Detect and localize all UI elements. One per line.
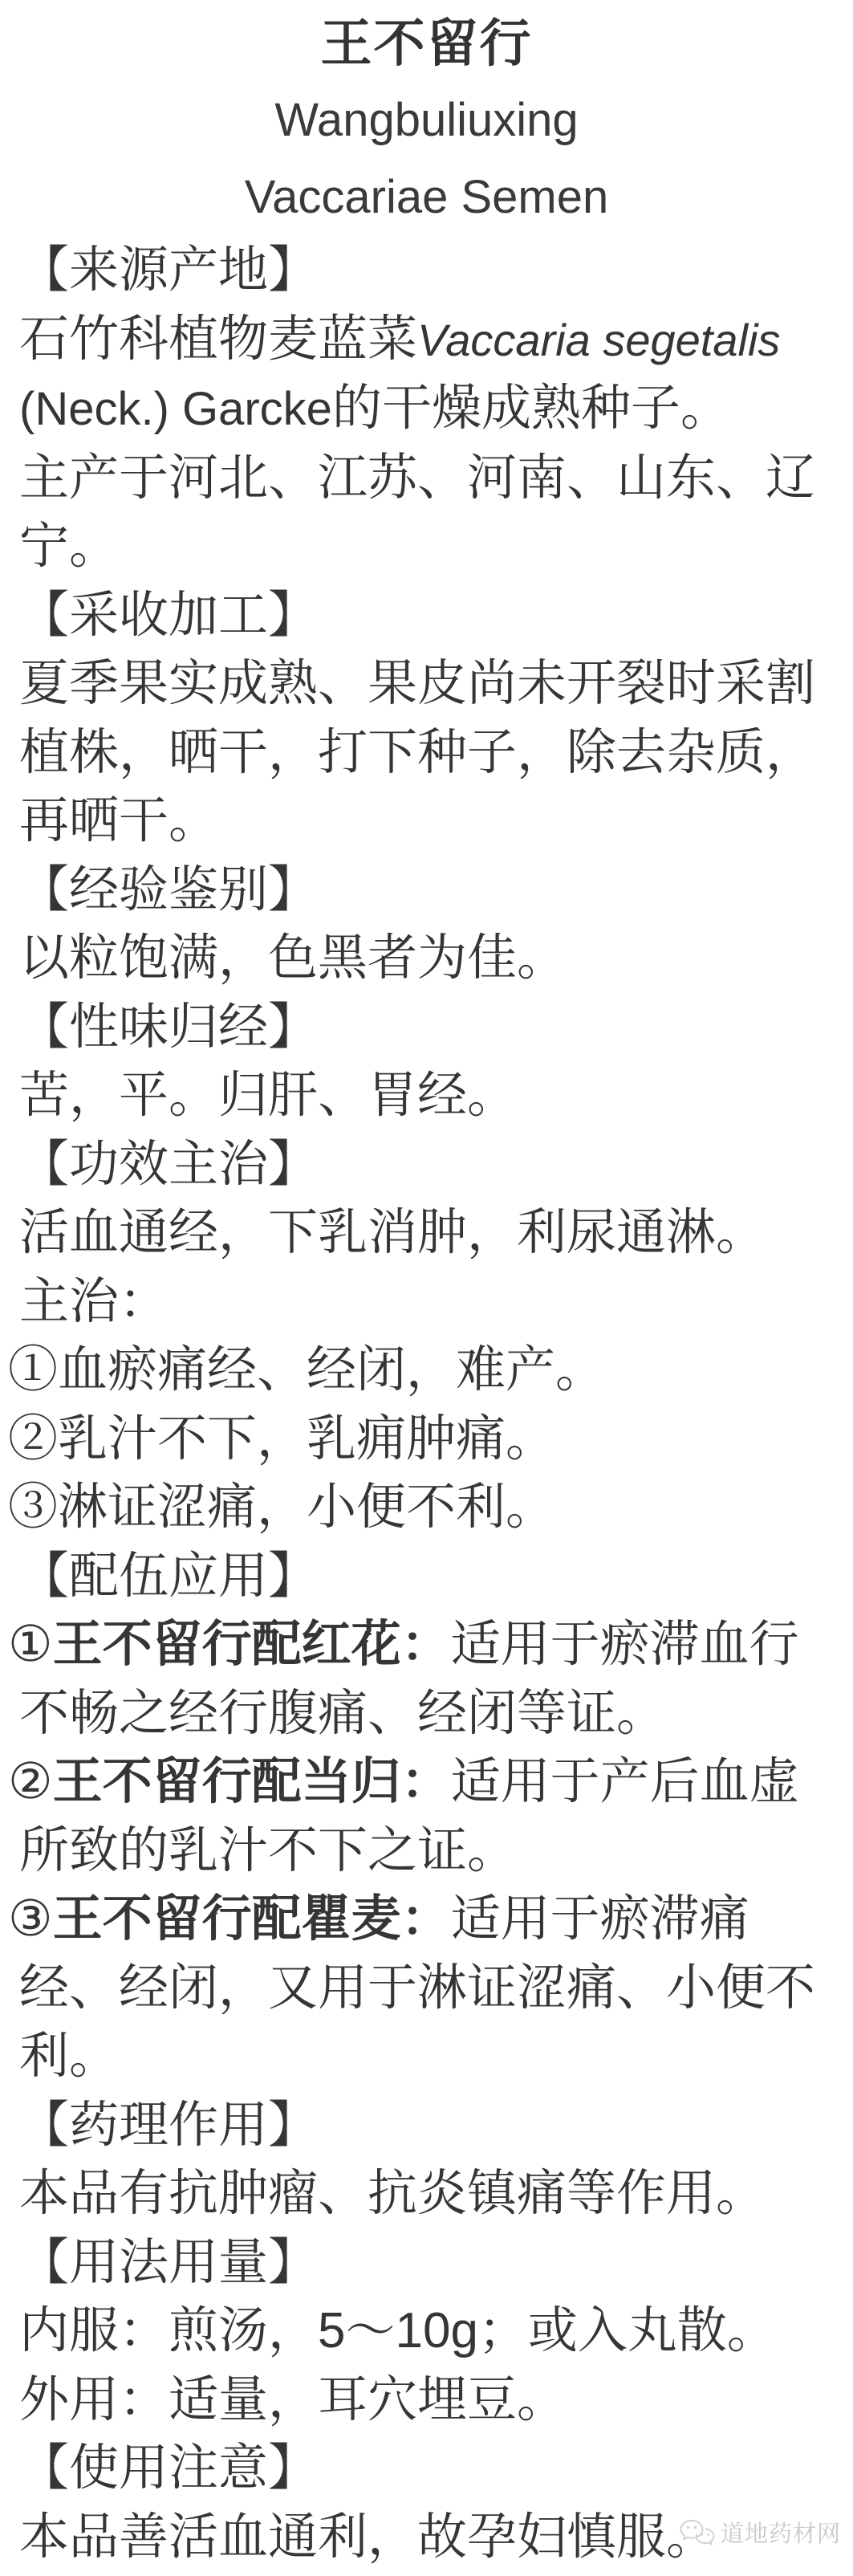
text-segment: 【配伍应用】 (19, 1548, 318, 1604)
herb-article-page: 王不留行 Wangbuliuxing Vaccariae Semen 【来源产地… (0, 0, 853, 2576)
text-line: (Neck.) Garcke的干燥成熟种子。 (19, 374, 842, 444)
section-heading: 【来源产地】 (19, 236, 842, 305)
text-segment: 夏季果实成熟、果皮尚未开裂时采割 (19, 656, 815, 711)
text-segment: 植株，晒干，打下种子，除去杂质， (19, 725, 815, 780)
section-heading: 【配伍应用】 (19, 1542, 842, 1611)
text-segment: ②乳汁不下，乳痈肿痛。 (8, 1411, 555, 1467)
text-segment: 【使用注意】 (19, 2440, 318, 2496)
text-segment: 不畅之经行腹痛、经闭等证。 (19, 1686, 666, 1741)
section-heading: 【使用注意】 (19, 2434, 842, 2503)
article-body: 【来源产地】石竹科植物麦蓝菜Vaccaria segetalis(Neck.) … (0, 236, 853, 2571)
watermark: 道地药材网 (679, 2516, 841, 2549)
text-segment: Vaccaria segetalis (417, 315, 780, 365)
text-segment: 【经验鉴别】 (19, 862, 318, 918)
text-segment: 以粒饱满，色黑者为佳。 (19, 930, 567, 986)
herb-pair-name: 王不留行配瞿麦： (53, 1891, 451, 1947)
text-segment: 外用：适量，耳穴埋豆。 (19, 2372, 567, 2427)
text-segment: 活血通经，下乳消肿，利尿通淋。 (19, 1205, 766, 1260)
page-title-pinyin: Wangbuliuxing (0, 82, 853, 159)
text-segment: ③淋证涩痛，小便不利。 (8, 1479, 555, 1535)
text-segment: 宁。 (19, 519, 119, 574)
text-segment: 适用于产后血虚 (451, 1754, 799, 1809)
text-line: 主治： (19, 1268, 842, 1337)
text-segment: 再晒干。 (19, 793, 218, 848)
text-segment: 的干燥成熟种子。 (332, 380, 730, 436)
text-line: 主产于河北、江苏、河南、山东、辽 (19, 444, 842, 513)
text-line: 所致的乳汁不下之证。 (19, 1817, 842, 1886)
text-segment: 【用法用量】 (19, 2235, 318, 2290)
text-segment: 所致的乳汁不下之证。 (19, 1823, 517, 1878)
text-line: ②王不留行配当归：适用于产后血虚 (8, 1748, 842, 1817)
text-segment: 【来源产地】 (19, 242, 318, 298)
text-line: 再晒干。 (19, 787, 842, 856)
text-line: ③王不留行配瞿麦：适用于瘀滞痛 (8, 1885, 842, 1954)
text-line: 植株，晒干，打下种子，除去杂质， (19, 718, 842, 787)
title-block: 王不留行 Wangbuliuxing Vaccariae Semen (0, 0, 853, 236)
text-line: 内服：煎汤，5～10g；或入丸散。 (19, 2297, 842, 2366)
text-segment: 主治： (19, 1274, 169, 1329)
text-line: 外用：适量，耳穴埋豆。 (19, 2366, 842, 2435)
text-line: 以粒饱满，色黑者为佳。 (19, 924, 842, 993)
wechat-bubbles-icon (679, 2518, 716, 2547)
section-heading: 【药理作用】 (19, 2091, 842, 2160)
text-line: 夏季果实成熟、果皮尚未开裂时采割 (19, 649, 842, 718)
text-segment: ② (8, 1754, 53, 1809)
section-heading: 【经验鉴别】 (19, 856, 842, 925)
text-line: 石竹科植物麦蓝菜Vaccaria segetalis (19, 305, 842, 375)
text-line: 苦，平。归肝、胃经。 (19, 1061, 842, 1130)
text-line: 本品有抗肿瘤、抗炎镇痛等作用。 (19, 2159, 842, 2228)
text-segment: 本品有抗肿瘤、抗炎镇痛等作用。 (19, 2166, 766, 2221)
text-segment: 【采收加工】 (19, 588, 318, 643)
text-segment: 【药理作用】 (19, 2098, 318, 2153)
text-line: ③淋证涩痛，小便不利。 (8, 1473, 842, 1542)
text-line: 利。 (19, 2022, 842, 2091)
text-line: 宁。 (19, 512, 842, 581)
text-segment: 适用于瘀滞血行 (451, 1617, 799, 1672)
text-line: 经、经闭，又用于淋证涩痛、小便不 (19, 1954, 842, 2023)
text-segment: 利。 (19, 2029, 119, 2084)
text-segment: 内服：煎汤，5～10g；或入丸散。 (19, 2303, 777, 2358)
section-heading: 【性味归经】 (19, 993, 842, 1062)
text-segment: 石竹科植物麦蓝菜 (19, 311, 417, 367)
text-segment: ① (8, 1617, 53, 1672)
text-line: 不畅之经行腹痛、经闭等证。 (19, 1679, 842, 1748)
text-segment: 【功效主治】 (19, 1137, 318, 1192)
text-segment: 经、经闭，又用于淋证涩痛、小便不 (19, 1960, 815, 2016)
text-segment: ③ (8, 1891, 53, 1947)
text-line: 活血通经，下乳消肿，利尿通淋。 (19, 1198, 842, 1268)
text-line: ②乳汁不下，乳痈肿痛。 (8, 1405, 842, 1474)
text-line: ①王不留行配红花：适用于瘀滞血行 (8, 1610, 842, 1679)
text-segment: (Neck.) Garcke (19, 383, 332, 435)
text-segment: ①血瘀痛经、经闭，难产。 (8, 1342, 605, 1398)
section-heading: 【采收加工】 (19, 581, 842, 650)
text-segment: 适用于瘀滞痛 (451, 1891, 749, 1947)
text-segment: 主产于河北、江苏、河南、山东、辽 (19, 450, 815, 506)
section-heading: 【功效主治】 (19, 1130, 842, 1199)
text-line: ①血瘀痛经、经闭，难产。 (8, 1336, 842, 1405)
text-segment: 苦，平。归肝、胃经。 (19, 1068, 517, 1123)
text-segment: 本品善活血通利，故孕妇慎服。 (19, 2509, 716, 2565)
page-title: 王不留行 (0, 5, 853, 82)
watermark-text: 道地药材网 (721, 2516, 841, 2549)
herb-pair-name: 王不留行配红花： (53, 1617, 451, 1672)
herb-pair-name: 王不留行配当归： (53, 1754, 451, 1809)
page-title-latin: Vaccariae Semen (0, 159, 853, 236)
section-heading: 【用法用量】 (19, 2228, 842, 2297)
text-segment: 【性味归经】 (19, 999, 318, 1055)
